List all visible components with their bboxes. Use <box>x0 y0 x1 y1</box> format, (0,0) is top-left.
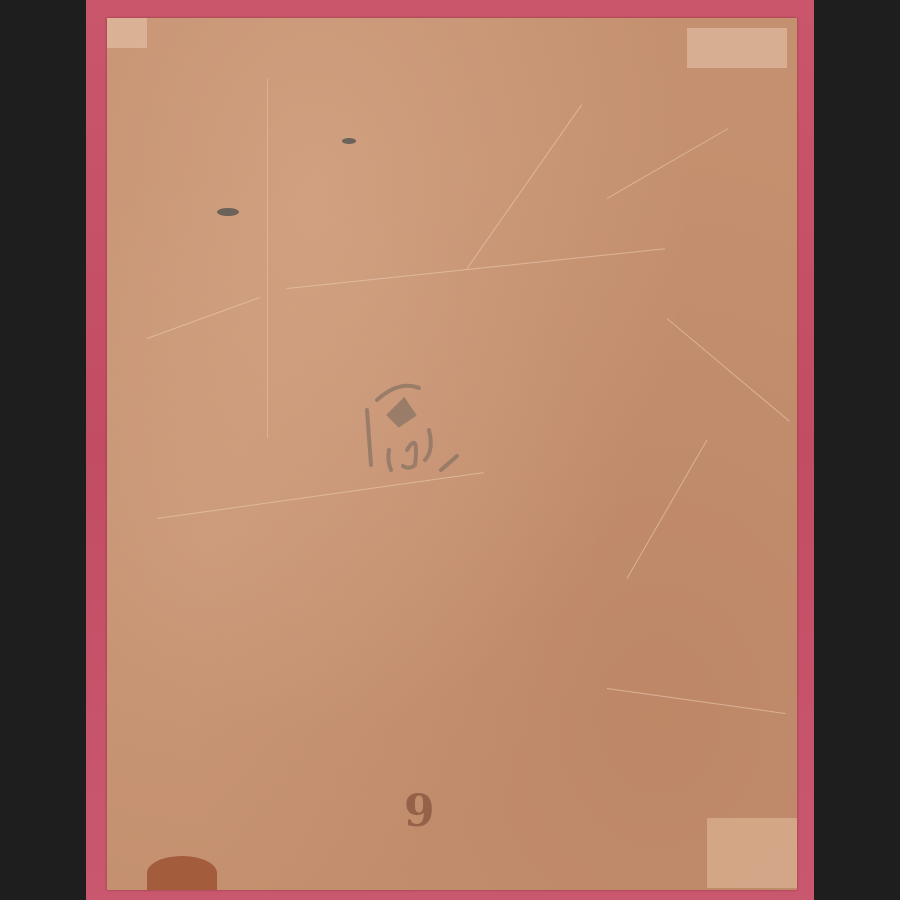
corner-wear-bottom-right <box>707 818 797 888</box>
scratch <box>627 440 708 579</box>
scratch <box>467 104 583 268</box>
dark-border-right <box>814 0 900 900</box>
scratch <box>267 78 270 438</box>
corner-wear-top-right <box>687 28 787 68</box>
dark-border-left <box>0 0 86 900</box>
scratch <box>147 297 260 339</box>
scratch <box>667 318 790 422</box>
monogram-stamp-mark <box>359 370 459 480</box>
corner-wear-top-left <box>107 18 147 48</box>
ink-stain <box>217 208 239 216</box>
scratch <box>607 688 785 714</box>
ink-stain <box>342 138 356 144</box>
hardboard-panel: 9 <box>107 18 797 890</box>
stenciled-numeral: 9 <box>404 786 435 837</box>
chipped-edge <box>147 856 217 890</box>
scratch <box>607 128 729 199</box>
